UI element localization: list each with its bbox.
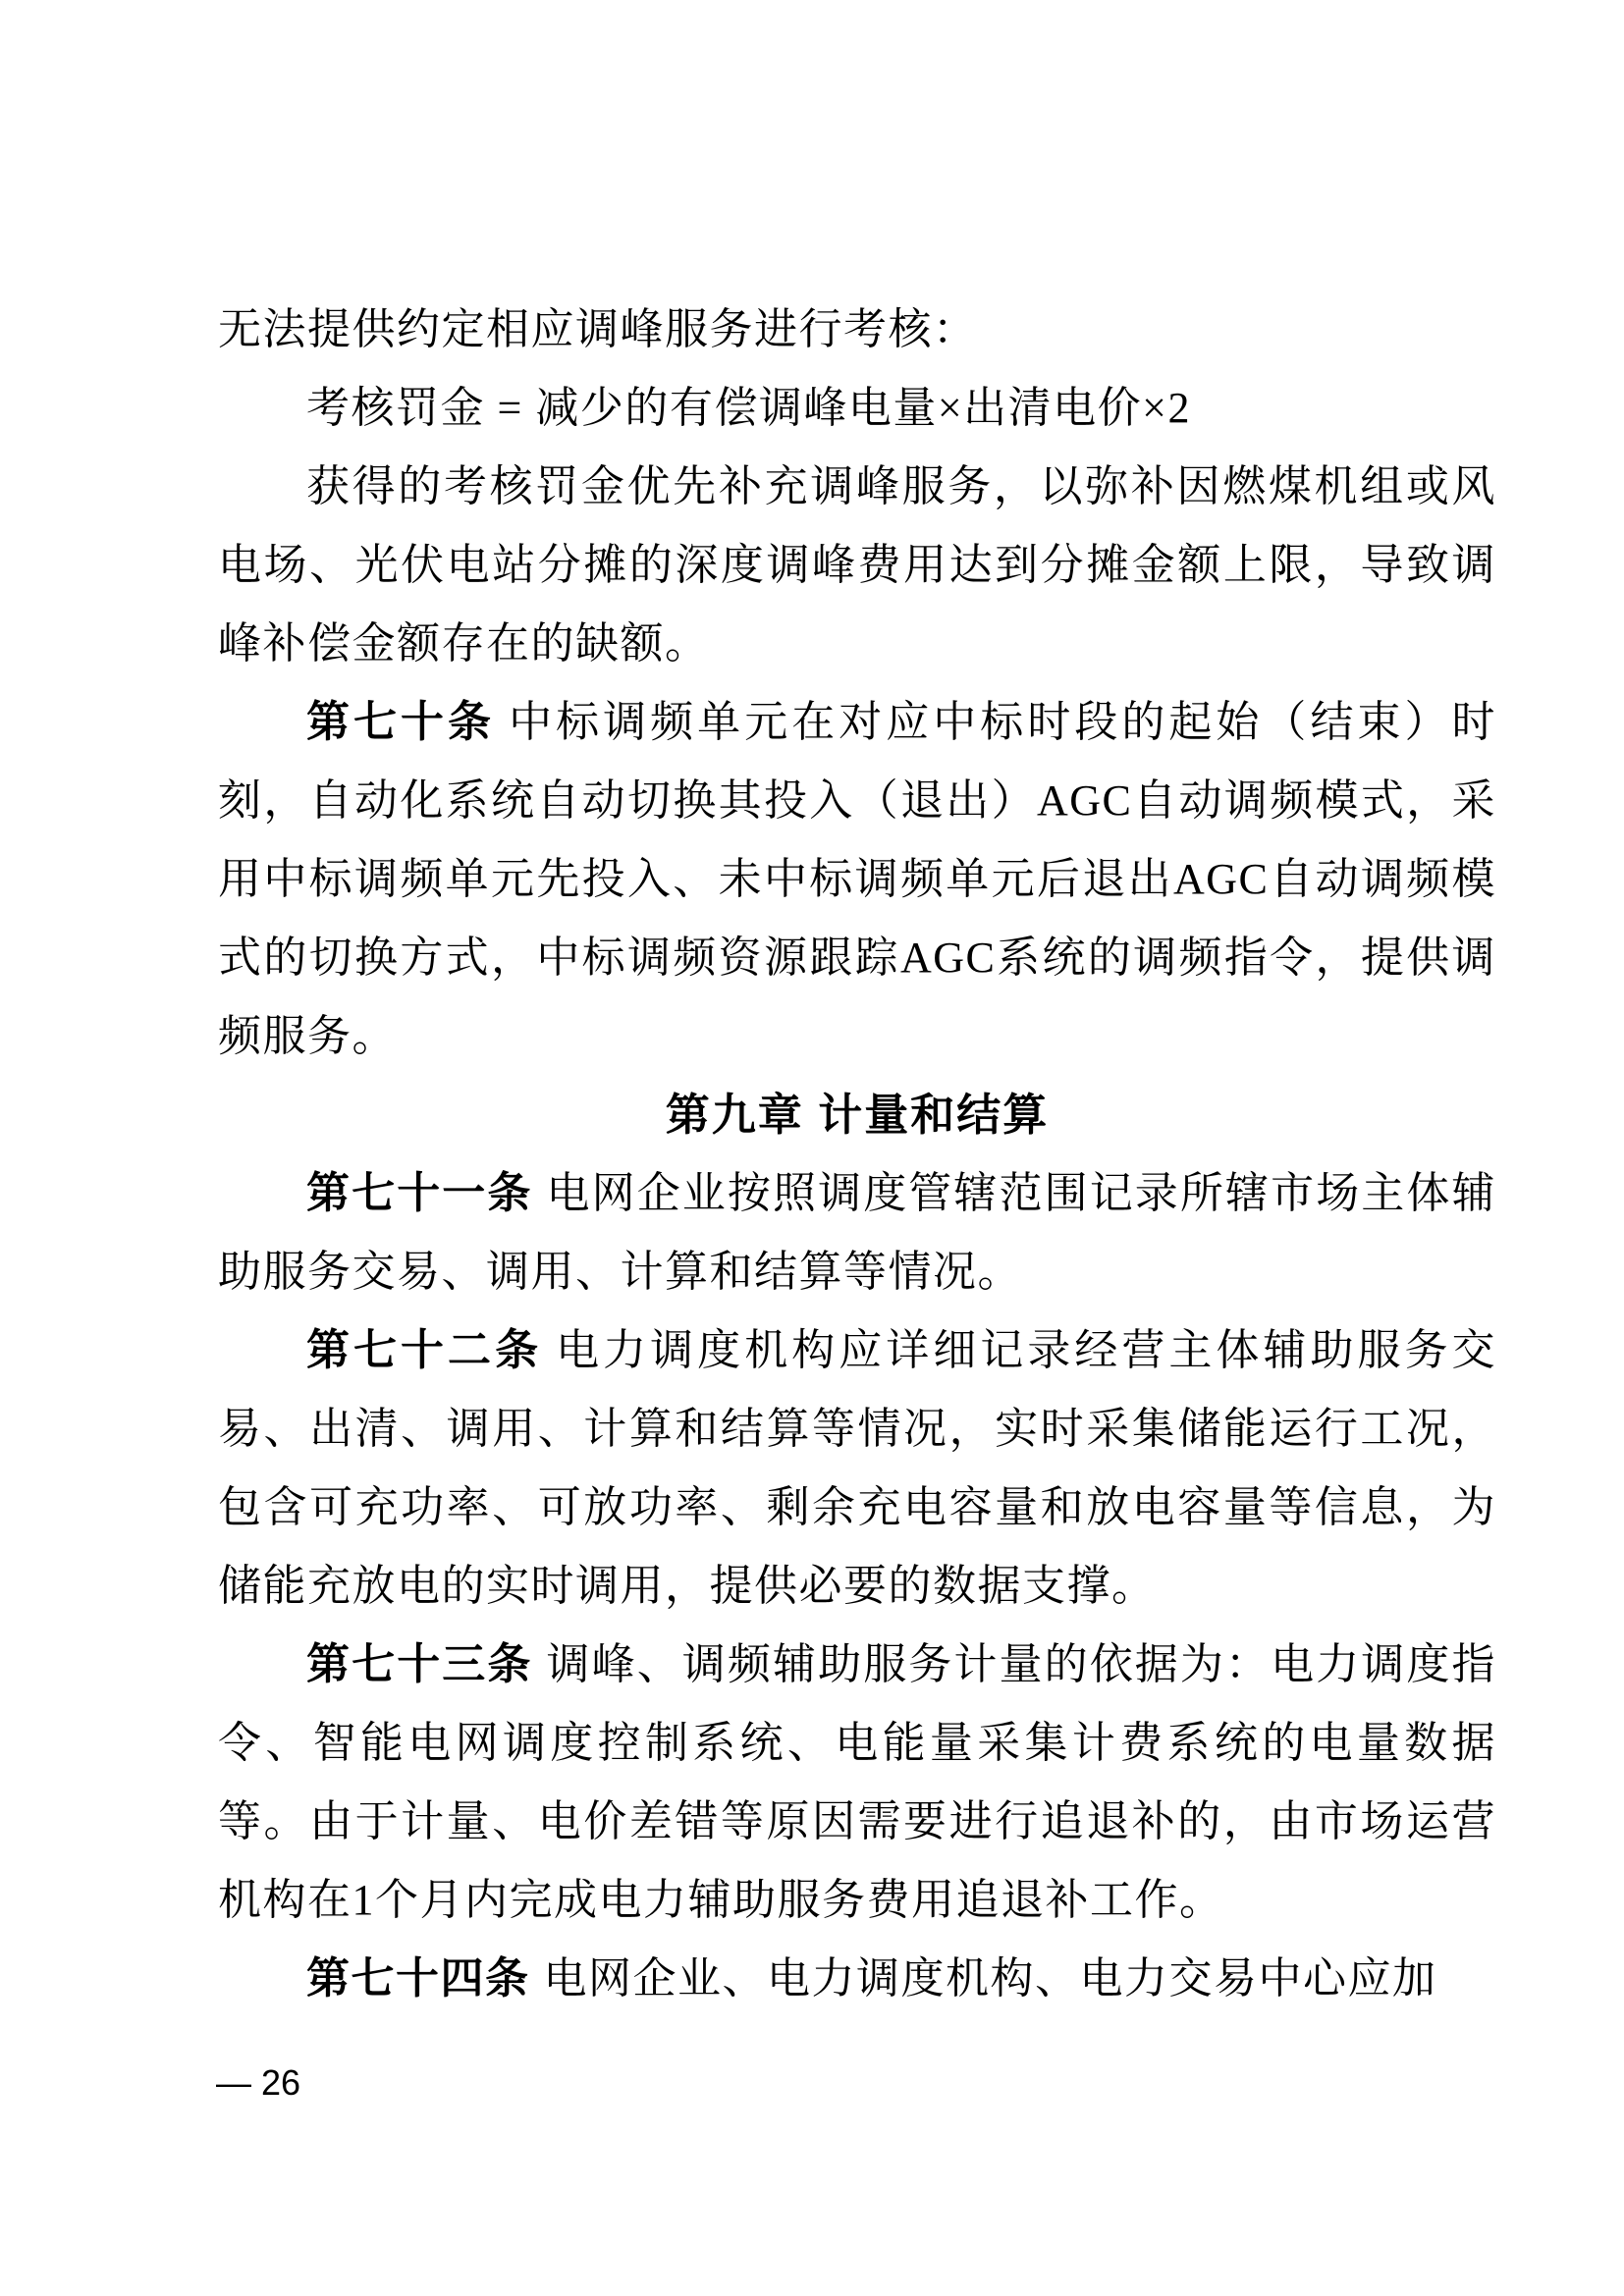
document-body: 无法提供约定相应调峰服务进行考核： 考核罚金 = 减少的有偿调峰电量×出清电价×…: [218, 291, 1496, 2018]
document-page: 无法提供约定相应调峰服务进行考核： 考核罚金 = 减少的有偿调峰电量×出清电价×…: [0, 0, 1624, 2296]
article-74-number: 第七十四条: [306, 1954, 530, 2002]
paragraph-text: 无法提供约定相应调峰服务进行考核：: [218, 305, 978, 353]
paragraph-continuation: 无法提供约定相应调峰服务进行考核：: [218, 291, 1496, 369]
footer-dash: —: [216, 2062, 251, 2103]
formula-text: 考核罚金 = 减少的有偿调峰电量×出清电价×2: [306, 384, 1191, 432]
paragraph-article-72: 第七十二条电力调度机构应详细记录经营主体辅助服务交易、出清、调用、计算和结算等情…: [218, 1311, 1496, 1626]
paragraph-article-74: 第七十四条电网企业、电力调度机构、电力交易中心应加: [218, 1940, 1496, 2018]
paragraph-text: 中标调频单元在对应中标时段的起始（结束）时刻，自动化系统自动切换其投入（退出）A…: [218, 698, 1496, 1060]
paragraph-text: 获得的考核罚金优先补充调峰服务，以弥补因燃煤机组或风电场、光伏电站分摊的深度调峰…: [218, 462, 1496, 667]
article-70-number: 第七十条: [306, 698, 495, 746]
chapter-9-heading: 第九章 计量和结算: [218, 1076, 1496, 1154]
formula-line: 考核罚金 = 减少的有偿调峰电量×出清电价×2: [218, 369, 1496, 448]
paragraph-article-73: 第七十三条调峰、调频辅助服务计量的依据为：电力调度指令、智能电网调度控制系统、电…: [218, 1626, 1496, 1940]
paragraph-text: 电网企业、电力调度机构、电力交易中心应加: [544, 1954, 1437, 2002]
paragraph-article-71: 第七十一条电网企业按照调度管辖范围记录所辖市场主体辅助服务交易、调用、计算和结算…: [218, 1154, 1496, 1311]
page-footer: —26: [216, 2061, 300, 2105]
article-72-number: 第七十二条: [306, 1326, 542, 1374]
article-71-number: 第七十一条: [306, 1169, 533, 1217]
paragraph-penalty-use: 获得的考核罚金优先补充调峰服务，以弥补因燃煤机组或风电场、光伏电站分摊的深度调峰…: [218, 448, 1496, 683]
paragraph-article-70: 第七十条中标调频单元在对应中标时段的起始（结束）时刻，自动化系统自动切换其投入（…: [218, 683, 1496, 1076]
article-73-number: 第七十三条: [306, 1640, 533, 1688]
page-number: 26: [261, 2062, 300, 2103]
